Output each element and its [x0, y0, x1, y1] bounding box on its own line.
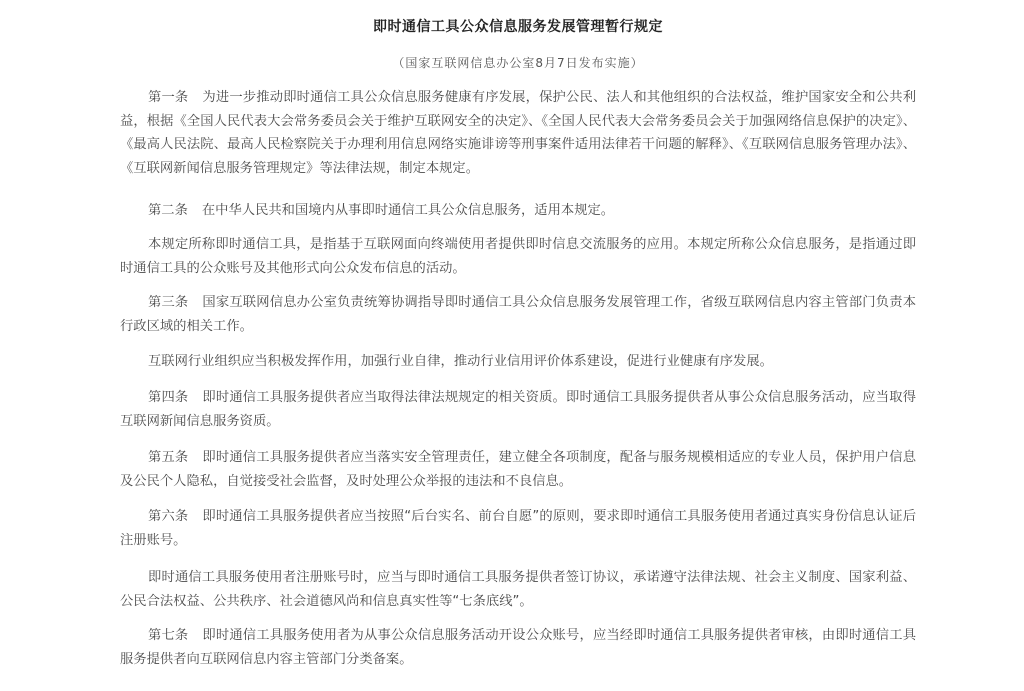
- article-number: 第七条: [148, 628, 188, 643]
- paragraph-article-4: 第四条即时通信工具服务提供者应当取得法律法规规定的相关资质。即时通信工具服务提供…: [120, 386, 916, 433]
- article-number: 第二条: [148, 203, 188, 218]
- article-text: 互联网行业组织应当积极发挥作用，加强行业自律，推动行业信用评价体系建设，促进行业…: [148, 354, 773, 369]
- article-number: 第五条: [148, 450, 188, 465]
- article-text: 即时通信工具服务使用者注册账号时，应当与即时通信工具服务提供者签订协议，承诺遵守…: [120, 570, 916, 609]
- article-text: 为进一步推动即时通信工具公众信息服务健康有序发展，保护公民、法人和其他组织的合法…: [120, 90, 916, 176]
- paragraph-article-1: 第一条为进一步推动即时通信工具公众信息服务健康有序发展，保护公民、法人和其他组织…: [120, 86, 916, 180]
- article-text: 本规定所称即时通信工具，是指基于互联网面向终端使用者提供即时信息交流服务的应用。…: [120, 237, 916, 276]
- document-title: 即时通信工具公众信息服务发展管理暂行规定: [120, 16, 916, 36]
- article-text: 在中华人民共和国境内从事即时通信工具公众信息服务，适用本规定。: [202, 203, 614, 218]
- article-number: 第四条: [148, 390, 188, 405]
- paragraph-article-7: 第七条即时通信工具服务使用者为从事公众信息服务活动开设公众账号，应当经即时通信工…: [120, 624, 916, 671]
- paragraph-article-3-industry: 互联网行业组织应当积极发挥作用，加强行业自律，推动行业信用评价体系建设，促进行业…: [120, 350, 916, 374]
- paragraph-article-2: 第二条在中华人民共和国境内从事即时通信工具公众信息服务，适用本规定。: [120, 199, 916, 223]
- article-text: 即时通信工具服务提供者应当按照“后台实名、前台自愿”的原则，要求即时通信工具服务…: [120, 509, 916, 548]
- article-number: 第三条: [148, 295, 188, 310]
- article-text: 即时通信工具服务使用者为从事公众信息服务活动开设公众账号，应当经即时通信工具服务…: [120, 628, 916, 667]
- paragraph-article-3: 第三条国家互联网信息办公室负责统筹协调指导即时通信工具公众信息服务发展管理工作，…: [120, 291, 916, 338]
- paragraph-article-6: 第六条即时通信工具服务提供者应当按照“后台实名、前台自愿”的原则，要求即时通信工…: [120, 505, 916, 552]
- article-text: 即时通信工具服务提供者应当取得法律法规规定的相关资质。即时通信工具服务提供者从事…: [120, 390, 916, 429]
- article-text: 即时通信工具服务提供者应当落实安全管理责任，建立健全各项制度，配备与服务规模相适…: [120, 450, 916, 489]
- paragraph-article-2-definition: 本规定所称即时通信工具，是指基于互联网面向终端使用者提供即时信息交流服务的应用。…: [120, 233, 916, 280]
- article-text: 国家互联网信息办公室负责统筹协调指导即时通信工具公众信息服务发展管理工作，省级互…: [120, 295, 916, 334]
- article-number: 第六条: [148, 509, 188, 524]
- paragraph-article-6-agreement: 即时通信工具服务使用者注册账号时，应当与即时通信工具服务提供者签订协议，承诺遵守…: [120, 566, 916, 613]
- paragraph-article-5: 第五条即时通信工具服务提供者应当落实安全管理责任，建立健全各项制度，配备与服务规…: [120, 446, 916, 493]
- document-subtitle: （国家互联网信息办公室8月7日发布实施）: [120, 54, 916, 71]
- article-number: 第一条: [148, 90, 188, 105]
